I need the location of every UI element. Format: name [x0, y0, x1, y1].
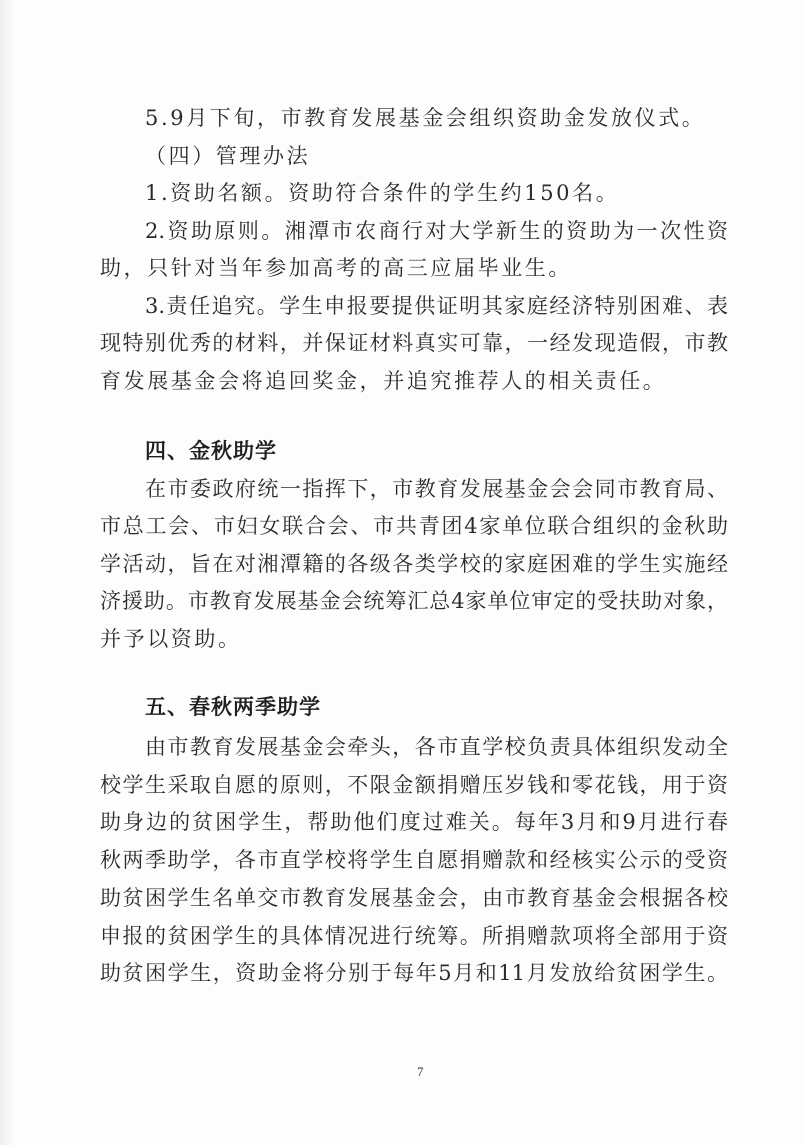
subsection-heading-management: （四）管理办法: [145, 141, 728, 171]
page-number: 7: [417, 1064, 424, 1080]
scan-edge-shadow: [0, 0, 14, 1145]
text-line-jinqiu-3: 学活动，旨在对湘潭籍的各级各类学校的家庭困难的学生实施经: [100, 549, 728, 579]
text-line-jinqiu-5: 并予以资助。: [100, 624, 728, 654]
text-line-principle: 2.资助原则。湘潭市农商行对大学新生的资助为一次性资: [145, 216, 728, 246]
text-line-accountability-cont-2: 育发展基金会将追回奖金，并追究推荐人的相关责任。: [100, 366, 728, 396]
text-line-sa-4: 秋两季助学，各市直学校将学生自愿捐赠款和经核实公示的受资: [100, 845, 728, 875]
text-line-sa-2: 校学生采取自愿的原则，不限金额捐赠压岁钱和零花钱，用于资: [100, 770, 728, 800]
text-line-quota: 1.资助名额。资助符合条件的学生约150名。: [145, 178, 728, 208]
text-line-sa-7: 助贫困学生，资助金将分别于每年5月和11月发放给贫困学生。: [100, 958, 728, 988]
text-line-sa-6: 申报的贫困学生的具体情况进行统筹。所捐赠款项将全部用于资: [100, 921, 728, 951]
text-line-jinqiu-1: 在市委政府统一指挥下，市教育发展基金会会同市教育局、: [145, 474, 728, 504]
text-line-accountability: 3.责任追究。学生申报要提供证明其家庭经济特别困难、表: [145, 291, 728, 321]
text-line-jinqiu-2: 市总工会、市妇女联合会、市共青团4家单位联合组织的金秋助: [100, 511, 728, 541]
text-line-sa-5: 助贫困学生名单交市教育发展基金会，由市教育基金会根据各校: [100, 883, 728, 913]
text-line-sa-3: 助身边的贫困学生，帮助他们度过难关。每年3月和9月进行春: [100, 807, 728, 837]
document-page: 5.9月下旬，市教育发展基金会组织资助金发放仪式。 （四）管理办法 1.资助名额…: [0, 0, 803, 1145]
section-heading-spring-autumn: 五、春秋两季助学: [145, 692, 728, 722]
section-heading-jinqiu: 四、金秋助学: [145, 436, 728, 466]
text-line-jinqiu-4: 济援助。市教育发展基金会统筹汇总4家单位审定的受扶助对象，: [100, 586, 728, 616]
text-line-item-5: 5.9月下旬，市教育发展基金会组织资助金发放仪式。: [145, 103, 728, 133]
text-line-principle-cont: 助，只针对当年参加高考的高三应届毕业生。: [100, 253, 728, 283]
text-line-accountability-cont-1: 现特别优秀的材料，并保证材料真实可靠，一经发现造假，市教: [100, 328, 728, 358]
text-line-sa-1: 由市教育发展基金会牵头，各市直学校负责具体组织发动全: [145, 732, 728, 762]
